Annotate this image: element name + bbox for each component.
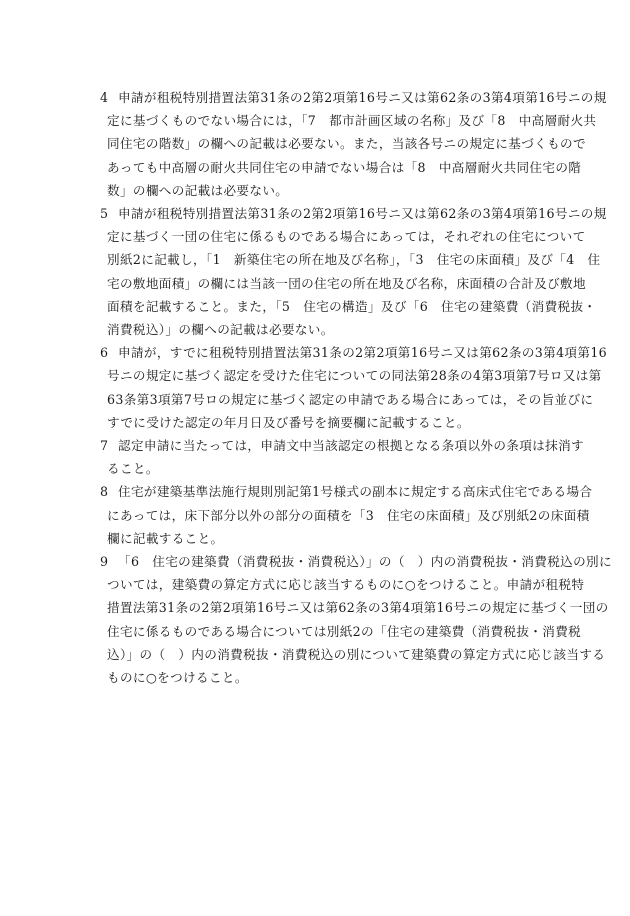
item-line: にあっては，床下部分以外の部分の面積を「3 住宅の床面積」及び別紙2の床面積 xyxy=(107,504,552,527)
item-line: 住宅が建築基準法施行規則別記第1号様式の副本に規定する高床式住宅である場合 xyxy=(107,480,552,503)
item-line: ついては，建築費の算定方式に応じ該当するものに○をつけること。申請が租税特 xyxy=(107,573,552,596)
document-page: 4 申請が租税特別措置法第31条の2第2項第16号ニ又は第62条の3第4項第16… xyxy=(100,86,552,689)
item-number: 5 xyxy=(100,202,108,225)
item-line: 別紙2に記載し，「1 新築住宅の所在地及び名称」，「3 住宅の床面積」及び「4 … xyxy=(107,248,552,271)
item-number: 8 xyxy=(100,480,108,503)
item-line: ること。 xyxy=(107,457,552,480)
note-item-4: 4 申請が租税特別措置法第31条の2第2項第16号ニ又は第62条の3第4項第16… xyxy=(100,86,552,202)
item-line: ものに○をつけること。 xyxy=(107,666,552,689)
item-line: 措置法第31条の2第2項第16号ニ又は第62条の3第4項第16号ニの規定に基づく… xyxy=(107,596,552,619)
item-line: 同住宅の階数」の欄への記載は必要ない。また，当該各号ニの規定に基づくもので xyxy=(107,132,552,155)
item-line: 住宅に係るものである場合については別紙2の「住宅の建築費（消費税抜・消費税 xyxy=(107,620,552,643)
item-line: あっても中高層の耐火共同住宅の申請でない場合は「8 中高層耐火共同住宅の階 xyxy=(107,156,552,179)
item-line: 数」の欄への記載は必要ない。 xyxy=(107,179,552,202)
item-line: すでに受けた認定の年月日及び番号を摘要欄に記載すること。 xyxy=(107,411,552,434)
item-line: 宅の敷地面積」の欄には当該一団の住宅の所在地及び名称，床面積の合計及び敷地 xyxy=(107,272,552,295)
item-line: 欄に記載すること。 xyxy=(107,527,552,550)
note-item-6: 6 申請が，すでに租税特別措置法第31条の2第2項第16号ニ又は第62条の3第4… xyxy=(100,341,552,434)
item-line: 込）」の（ ）内の消費税抜・消費税込の別について建築費の算定方式に応じ該当する xyxy=(107,643,552,666)
item-line: 申請が租税特別措置法第31条の2第2項第16号ニ又は第62条の3第4項第16号ニ… xyxy=(107,86,552,109)
item-number: 7 xyxy=(100,434,108,457)
note-item-7: 7 認定申請に当たっては，申請文中当該認定の根拠となる条項以外の条項は抹消す る… xyxy=(100,434,552,480)
item-line: 消費税込）」の欄への記載は必要ない。 xyxy=(107,318,552,341)
note-item-9: 9 「6 住宅の建築費（消費税抜・消費税込）」の（ ）内の消費税抜・消費税込の別… xyxy=(100,550,552,689)
item-number: 9 xyxy=(100,550,108,573)
item-line: 定に基づくものでない場合には，「7 都市計画区域の名称」及び「8 中高層耐火共 xyxy=(107,109,552,132)
item-line: 号ニの規定に基づく認定を受けた住宅についての同法第28条の4第3項第7号ロ又は第 xyxy=(107,364,552,387)
item-line: 申請が，すでに租税特別措置法第31条の2第2項第16号ニ又は第62条の3第4項第… xyxy=(107,341,552,364)
note-item-8: 8 住宅が建築基準法施行規則別記第1号様式の副本に規定する高床式住宅である場合 … xyxy=(100,480,552,550)
item-line: 「6 住宅の建築費（消費税抜・消費税込）」の（ ）内の消費税抜・消費税込の別に xyxy=(107,550,552,573)
item-number: 4 xyxy=(100,86,108,109)
item-line: 面積を記載すること。また，「5 住宅の構造」及び「6 住宅の建築費（消費税抜・ xyxy=(107,295,552,318)
item-number: 6 xyxy=(100,341,108,364)
item-line: 申請が租税特別措置法第31条の2第2項第16号ニ又は第62条の3第4項第16号ニ… xyxy=(107,202,552,225)
note-item-5: 5 申請が租税特別措置法第31条の2第2項第16号ニ又は第62条の3第4項第16… xyxy=(100,202,552,341)
item-line: 63条第3項第7号ロの規定に基づく認定の申請である場合にあっては，その旨並びに xyxy=(107,388,552,411)
item-line: 定に基づく一団の住宅に係るものである場合にあっては，それぞれの住宅について xyxy=(107,225,552,248)
item-line: 認定申請に当たっては，申請文中当該認定の根拠となる条項以外の条項は抹消す xyxy=(107,434,552,457)
